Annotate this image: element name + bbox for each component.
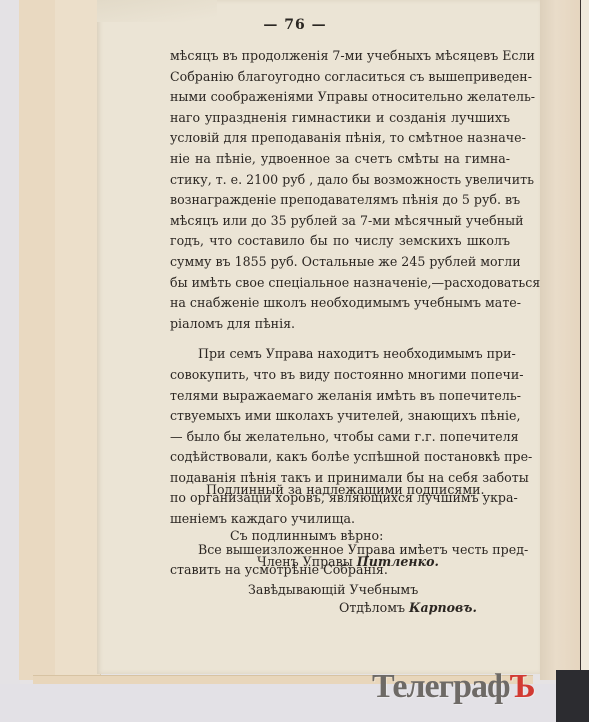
member-signature-line: Членъ Управы Питленко. (257, 554, 439, 569)
text-line: телями выражаемаго желанія имѣть въ попе… (170, 386, 510, 407)
watermark-text: Телеграф (372, 668, 510, 705)
text-line: При семъ Управа находитъ необходимымъ пр… (170, 344, 510, 365)
paragraph-1: мѣсяцъ въ продолженія 7-ми учебныхъ мѣся… (170, 46, 510, 334)
original-note: Подлинный за надлежащими подписями. (206, 482, 485, 497)
dark-corner (556, 670, 589, 722)
text-line: — было бы желательно, чтобы сами г.г. по… (170, 427, 510, 448)
text-line: на снабженіе школъ необходимымъ учебнымъ… (170, 293, 510, 314)
page-number: — 76 — (0, 17, 589, 33)
text-line: условій для преподаванія пѣнія, то смѣтн… (170, 128, 510, 149)
text-line: бы имѣть свое спеціальное назначеніе,—ра… (170, 273, 510, 294)
next-page-edge (580, 0, 589, 680)
member-name: Питленко. (357, 554, 439, 569)
text-line: вознагражденіе преподавателямъ пѣнія до … (170, 190, 510, 211)
text-line: сумму въ 1855 руб. Остальные же 245 рубл… (170, 252, 510, 273)
watermark-accent-letter: Ъ (510, 668, 535, 705)
text-line: совокупить, что въ виду постоянно многим… (170, 365, 510, 386)
head-title-line: Завѣдывающій Учебнымъ (248, 582, 418, 597)
text-line: ніе на пѣніе, удвоенное за счетъ смѣты н… (170, 149, 510, 170)
text-line: Собранію благоугодно согласиться съ выше… (170, 67, 510, 88)
background (0, 0, 20, 722)
head-title: Отдѣломъ (339, 600, 405, 615)
text-line: годъ, что составило бы по числу земскихъ… (170, 231, 510, 252)
head-name: Карповъ. (409, 600, 477, 615)
text-line: ными соображеніями Управы относительно ж… (170, 87, 510, 108)
head-signature-line: Отдѣломъ Карповъ. (339, 600, 477, 615)
text-line: содѣйствовали, какъ болѣе успѣшной поста… (170, 447, 510, 468)
text-line: ріаломъ для пѣнія. (170, 314, 510, 335)
telegraf-watermark-logo: ТелеграфЪ (372, 668, 535, 706)
text-line: мѣсяцъ въ продолженія 7-ми учебныхъ мѣся… (170, 46, 510, 67)
body-text: мѣсяцъ въ продолженія 7-ми учебныхъ мѣся… (170, 46, 510, 581)
text-line: шеніемъ каждаго училища. (170, 509, 510, 530)
certified-line: Съ подлиннымъ вѣрно: (230, 528, 383, 543)
book-gutter (540, 0, 580, 680)
text-line: мѣсяцъ или до 35 рублей за 7-ми мѣсячный… (170, 211, 510, 232)
scanned-book-spread: — 76 — мѣсяцъ въ продолженія 7-ми учебны… (0, 0, 589, 722)
member-title: Членъ Управы (257, 554, 353, 569)
text-line: стику, т. е. 2100 руб , дало бы возможно… (170, 170, 510, 191)
page-edge (55, 0, 101, 675)
text-line: наго упраздненія гимнастики и созданія л… (170, 108, 510, 129)
text-line: ствуемыхъ ими школахъ учителей, знающихъ… (170, 406, 510, 427)
paragraph-2: При семъ Управа находитъ необходимымъ пр… (170, 344, 510, 529)
